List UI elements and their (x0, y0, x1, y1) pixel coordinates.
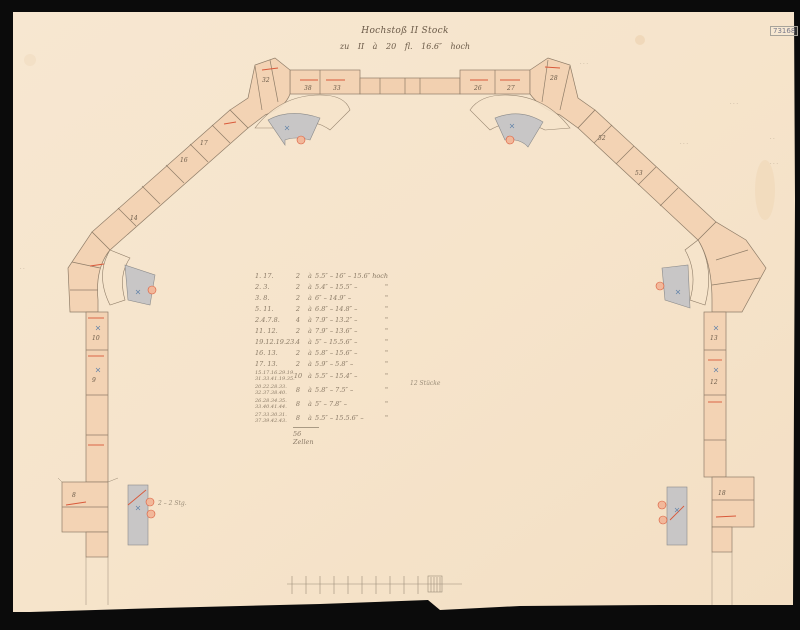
svg-text:17: 17 (200, 140, 208, 147)
catalog-row: 19.12.19.23. 4 à 5″ – 15.5.6″ – " (255, 336, 455, 347)
svg-text:16: 16 (180, 157, 188, 164)
svg-text:53: 53 (635, 170, 643, 177)
svg-text:· ·: · · (770, 136, 775, 142)
svg-text:10: 10 (92, 335, 100, 342)
svg-text:38: 38 (304, 85, 312, 92)
svg-text:26: 26 (473, 85, 482, 92)
catalog-row: 5. 11. 2 à 6.8″ – 14.8″ – " (255, 303, 455, 314)
catalog-row: 17. 13. 2 à 5.9″ – 5.8″ – " (255, 358, 455, 369)
svg-text:28: 28 (549, 75, 558, 82)
drawing-title: Hochstoß II Stock zu II à 20 fl. 16.6″ h… (335, 26, 475, 51)
catalog-row: 16. 13. 2 à 5.8″ – 15.6″ – " (255, 347, 455, 358)
svg-text:32: 32 (262, 77, 270, 84)
svg-text:· · ·: · · · (730, 101, 738, 107)
svg-text:14: 14 (130, 215, 138, 222)
corridor-top (360, 78, 460, 94)
cell-block-right-wide (712, 477, 754, 527)
catalog-row: 2. 3. 2 à 5.4″ – 15.5″ – " (255, 281, 455, 292)
catalog-row: 11. 12. 2 à 7.9″ – 13.6″ – " (255, 325, 455, 336)
svg-text:52: 52 (598, 135, 606, 142)
svg-text:33: 33 (333, 85, 341, 92)
svg-text:· · ·: · · · (580, 61, 588, 67)
svg-text:27: 27 (506, 85, 515, 92)
svg-text:· · ·: · · · (770, 161, 778, 167)
title-line-1: Hochstoß II Stock (335, 26, 475, 36)
catalog-side-note: 12 Stücke (410, 380, 440, 387)
stair-bottom-right (667, 487, 687, 545)
svg-text:8: 8 (72, 492, 76, 499)
svg-text:12: 12 (710, 379, 718, 386)
stair-left-note: 2 – 2 Stg. (158, 500, 187, 507)
stair-bottom-left (128, 485, 148, 545)
svg-text:· · ·: · · · (680, 141, 688, 147)
svg-text:18: 18 (718, 490, 726, 497)
title-line-2: zu II à 20 fl. 16.6″ hoch (335, 42, 475, 51)
catalog-row: 3. 8. 2 à 6″ – 14.9″ – " (255, 292, 455, 303)
catalog-row: 26.28.34.35. 33.40.41.44. 8 à 5″ – 7.8″ … (255, 397, 455, 411)
cell-block-top-left (290, 70, 360, 94)
catalog-row: 1. 17. 2 à 5.5″ – 16″ – 15.6″ hoch (255, 270, 455, 281)
svg-text:13: 13 (710, 335, 718, 342)
cell-catalog-table: 1. 17. 2 à 5.5″ – 16″ – 15.6″ hoch 2. 3.… (255, 270, 455, 446)
inventory-label: 73168 (770, 26, 798, 36)
svg-text:9: 9 (92, 377, 96, 384)
catalog-row: 27.33.30.31. 37.39.42.43. 8 à 5.5″ – 15.… (255, 411, 455, 425)
catalog-total: 56 Zellen (293, 427, 319, 446)
catalog-row: 2.4.7.8. 4 à 7.9″ – 13.2″ – " (255, 314, 455, 325)
svg-text:· ·: · · (20, 266, 25, 272)
